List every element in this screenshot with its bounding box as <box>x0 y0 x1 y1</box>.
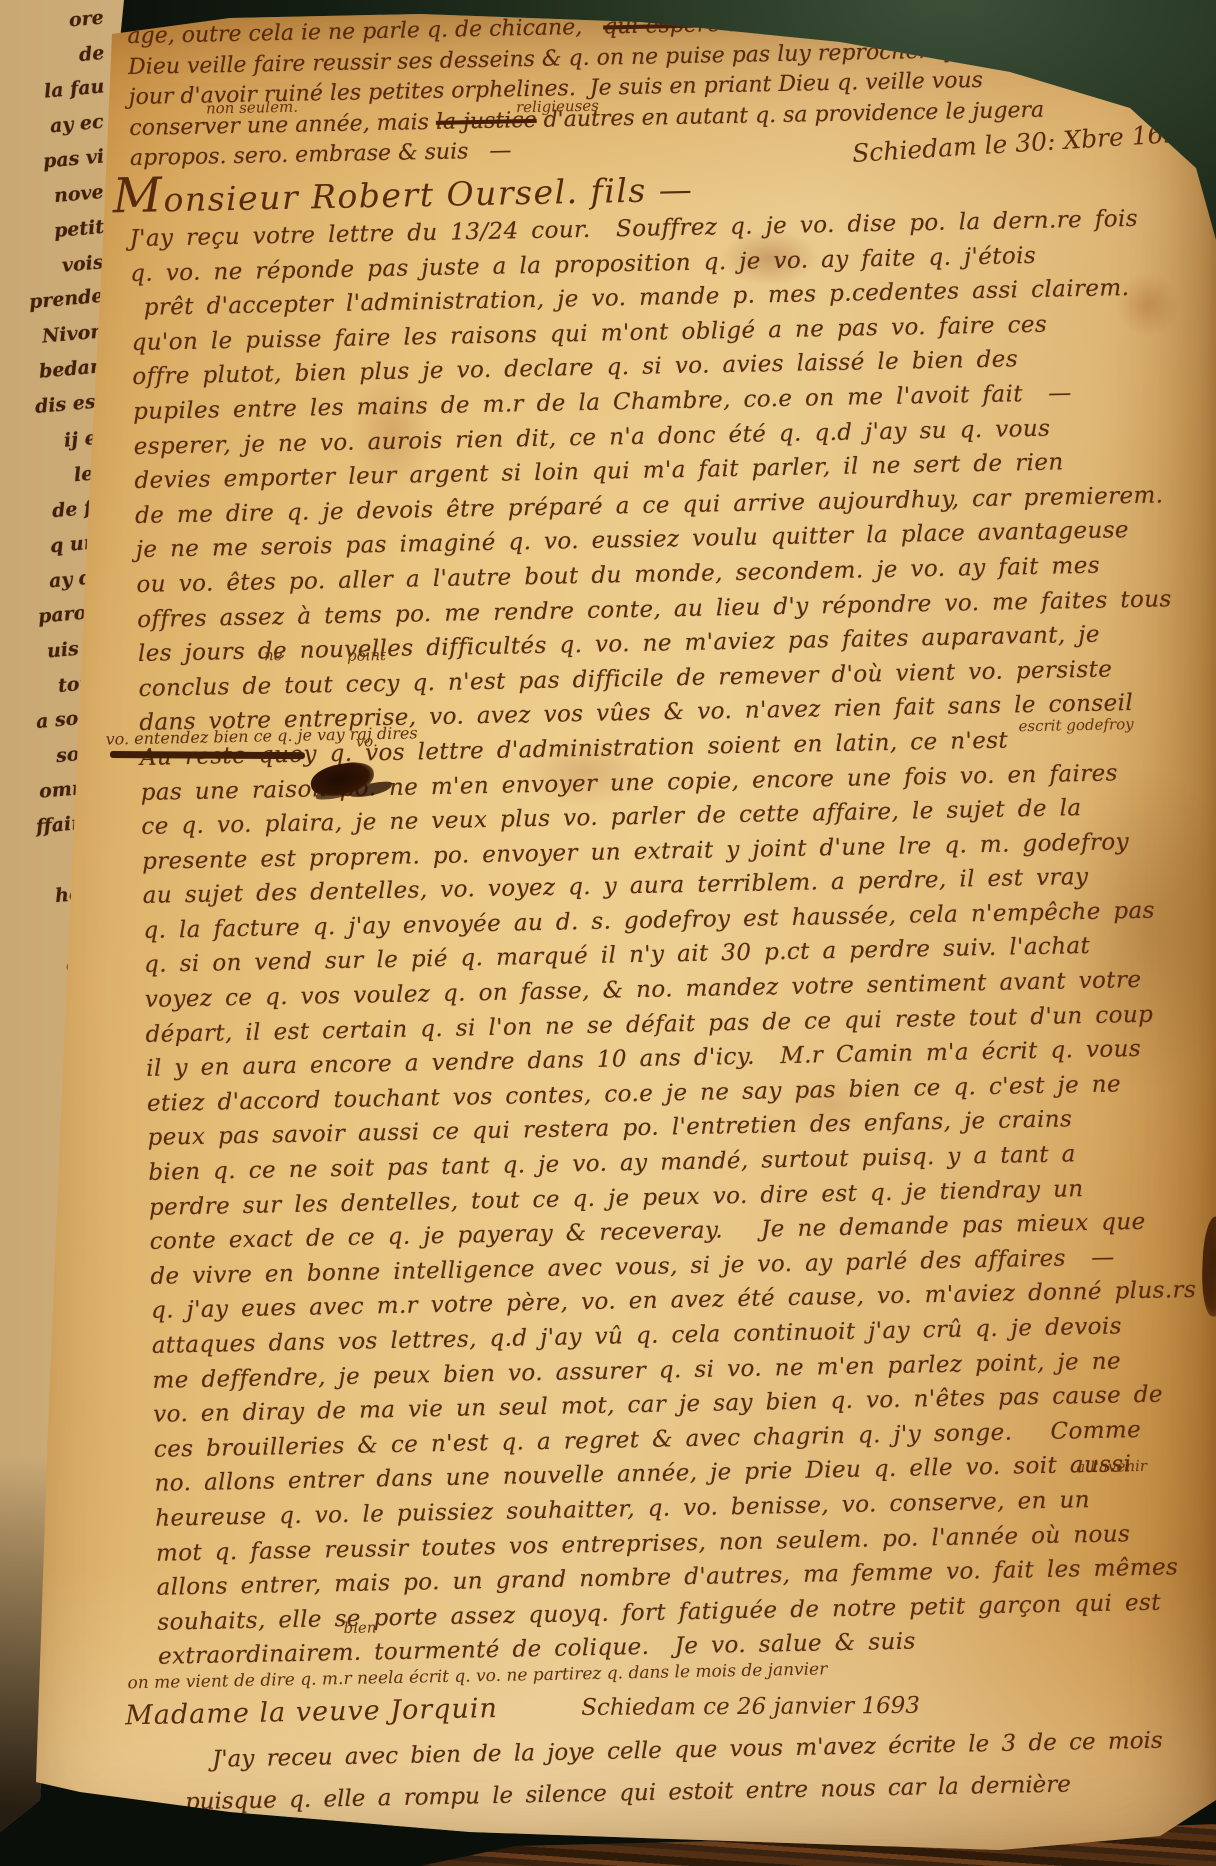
interline-note: point <box>347 646 386 665</box>
margin-text-fragment: pas vi <box>41 139 105 179</box>
interline-note: a l'avenir <box>1076 1457 1147 1476</box>
manuscript-page: age, outre cela ie ne parle q. de chican… <box>0 0 1216 1866</box>
interline-note: non seulem. <box>206 98 298 118</box>
margin-text-fragment: Nivon <box>40 314 105 354</box>
margin-text-fragment: prende <box>28 279 105 320</box>
photo-canvas: oredela fauay ecpas vinovepetitvoisprend… <box>0 0 1216 1866</box>
margin-text-fragment: vois <box>61 245 106 283</box>
handwriting-layer: age, outre cela ie ne parle q. de chican… <box>0 0 1216 1866</box>
margin-text-fragment: ay ec <box>49 105 105 145</box>
margin-text-fragment: la fau <box>42 69 105 109</box>
interline-note: vo. <box>356 732 378 750</box>
letter-body: J'ay reçu votre lettre du 13/24 cour. So… <box>129 200 1216 1674</box>
interline-note: ne <box>264 646 283 664</box>
interline-note: bien <box>343 1618 376 1637</box>
margin-text-fragment: de <box>77 36 105 73</box>
strikethrough-mark <box>110 751 305 759</box>
salutation: Madame la veuve Jorquin <box>125 1693 498 1731</box>
margin-text-fragment: ore <box>68 1 106 39</box>
manuscript-line: puisque q. elle a rompu le silence qui e… <box>185 1771 1071 1815</box>
interline-note: escrit godefroy <box>1018 715 1133 735</box>
margin-text-fragment: nove <box>53 175 105 214</box>
margin-text-fragment: petit <box>52 210 105 249</box>
interline-note: religieuses <box>516 97 599 117</box>
manuscript-line: J'ay receu avec bien de la joye celle qu… <box>212 1728 1163 1773</box>
dateline: Schiedam ce 26 janvier 1693 <box>581 1693 920 1721</box>
